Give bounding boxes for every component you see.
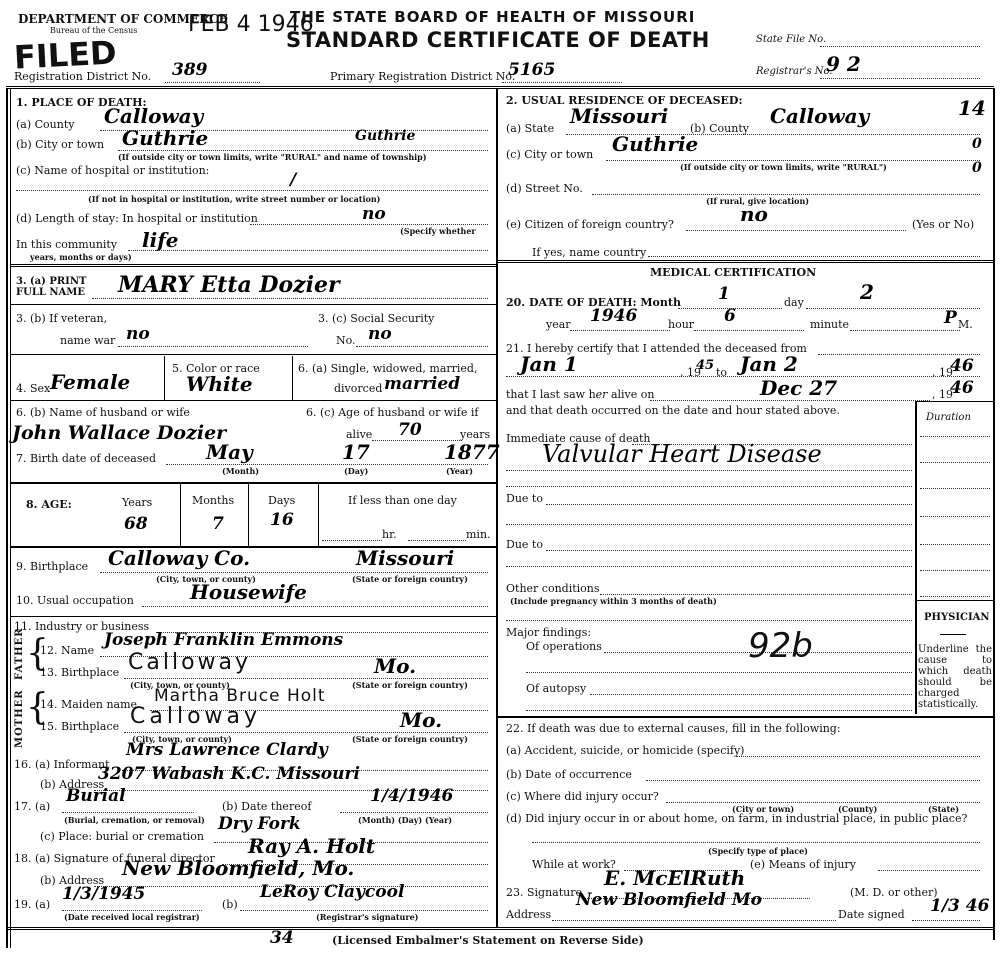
informant-value[interactable]: Mrs Lawrence Clardy — [126, 740, 328, 760]
occupation-label: 10. Usual occupation — [16, 594, 134, 607]
community-note: years, months or days) — [30, 252, 132, 262]
state-file-label: State File No. — [756, 34, 826, 45]
community-value[interactable]: life — [142, 228, 179, 252]
injury-place-label: (c) Where did injury occur? — [506, 790, 659, 803]
age-months-value[interactable]: 7 — [212, 514, 224, 534]
residence-county-value[interactable]: Calloway — [770, 104, 869, 128]
mother-maiden-value[interactable]: Martha Bruce Holt — [154, 686, 326, 706]
attended-to-date[interactable]: Jan 2 — [740, 352, 798, 376]
means-of-injury-label: (e) Means of injury — [750, 858, 856, 871]
embalmer-statement-note: (Licensed Embalmer's Statement on Revers… — [332, 934, 644, 947]
birth-month-value[interactable]: May — [206, 440, 253, 464]
community-label: In this community — [16, 238, 117, 251]
age-years-value[interactable]: 68 — [124, 514, 148, 534]
date-received-value[interactable]: 1/3/1945 — [62, 884, 145, 904]
last-saw-label: that I last saw her alive on — [506, 388, 654, 401]
injury-location-type-label: (d) Did injury occur in or about home, o… — [506, 812, 967, 825]
informant-address-value[interactable]: 3207 Wabash K.C. Missouri — [98, 764, 360, 784]
board-name: THE STATE BOARD OF HEALTH OF MISSOURI — [290, 8, 695, 26]
operations-label: Of operations — [526, 640, 602, 653]
full-name-label: 3. (a) PRINT FULL NAME — [16, 276, 86, 298]
spouse-name-value[interactable]: John Wallace Dozier — [12, 422, 226, 444]
primary-district-value[interactable]: 5165 — [508, 60, 555, 80]
residence-margin-code: 14 — [958, 96, 986, 120]
social-security-value[interactable]: no — [368, 324, 392, 344]
age-days-value[interactable]: 16 — [270, 510, 294, 530]
death-city-margin-note: Guthrie — [355, 128, 415, 144]
war-label: name war — [60, 334, 115, 347]
father-side-label: FATHER — [14, 627, 25, 680]
ss-no-label: No. — [336, 334, 356, 347]
due-to-2-label: Due to — [506, 538, 543, 551]
birth-year-note: (Year) — [446, 466, 473, 476]
informant-label: 16. (a) Informant — [14, 758, 110, 771]
death-month-value[interactable]: 1 — [718, 284, 730, 304]
mother-birthplace-state[interactable]: Mo. — [400, 708, 442, 732]
veteran-value[interactable]: no — [126, 324, 150, 344]
residence-street-label: (d) Street No. — [506, 182, 583, 195]
date-signed-value[interactable]: 1/3 46 — [930, 896, 989, 916]
physician-label: PHYSICIAN — [924, 612, 990, 623]
last-saw-year[interactable]: 46 — [950, 378, 974, 398]
attended-from-date[interactable]: Jan 1 — [520, 352, 578, 376]
mother-birthplace-city[interactable]: Calloway — [130, 704, 261, 729]
registrar-b-label: (b) — [222, 898, 238, 911]
death-county-label: (a) County — [16, 118, 74, 131]
hr-label: hr. — [382, 528, 397, 541]
father-birthplace-label: 13. Birthplace — [40, 666, 119, 679]
residence-city-note: (If outside city or town limits, write "… — [680, 162, 887, 172]
burial-date-value[interactable]: 1/4/1946 — [370, 786, 453, 806]
footer-number: 34 — [270, 928, 294, 948]
death-day-label: day — [784, 296, 804, 309]
birthplace-city-value[interactable]: Calloway Co. — [108, 546, 250, 570]
death-county-value[interactable]: Calloway — [104, 104, 203, 128]
to-label: to — [716, 366, 727, 379]
stay-specify-note: (Specify whether — [400, 226, 476, 236]
birthplace-label: 9. Birthplace — [16, 560, 88, 573]
place-type-note: (Specify type of place) — [708, 846, 808, 856]
death-minute-value[interactable]: P — [944, 308, 957, 328]
residence-city-label: (c) City or town — [506, 148, 593, 161]
residence-city-value[interactable]: Guthrie — [612, 132, 698, 156]
registration-district-value[interactable]: 389 — [172, 60, 208, 80]
birth-year-value[interactable]: 1877 — [444, 440, 500, 464]
center-divider — [496, 88, 498, 928]
footer-rule — [6, 927, 994, 930]
registrar-signature[interactable]: LeRoy Claycool — [260, 882, 404, 902]
age-months-label: Months — [192, 494, 234, 507]
other-conditions-label: Other conditions — [506, 582, 600, 595]
birthplace-state-note: (State or foreign country) — [352, 574, 468, 584]
age-label: 8. AGE: — [26, 498, 72, 511]
sex-value[interactable]: Female — [50, 370, 130, 394]
father-birthplace-city[interactable]: Calloway — [128, 650, 251, 675]
full-name-value[interactable]: MARY Etta Dozier — [118, 272, 340, 298]
burial-date-label: (b) Date thereof — [222, 800, 311, 813]
citizen-label: (e) Citizen of foreign country? — [506, 218, 674, 231]
hospital-note: (If not in hospital or institution, writ… — [88, 194, 380, 204]
mother-birthplace-label: 15. Birthplace — [40, 720, 119, 733]
burial-type-value[interactable]: Burial — [66, 786, 126, 806]
mother-state-note: (State or foreign country) — [352, 734, 468, 744]
duration-header: Duration — [926, 412, 971, 423]
citizen-note: (Yes or No) — [912, 218, 974, 231]
death-city-note: (If outside city or town limits, write "… — [118, 152, 427, 162]
funeral-director-signature[interactable]: Ray A. Holt — [248, 834, 375, 858]
registrar-a-label: 19. (a) — [14, 898, 50, 911]
registrar-no-label: Registrar's No. — [756, 66, 833, 77]
attended-from-year[interactable]: 45 — [696, 358, 714, 373]
birth-day-value[interactable]: 17 — [342, 440, 370, 464]
hospital-label: (c) Name of hospital or institution: — [16, 164, 209, 177]
due-to-1-label: Due to — [506, 492, 543, 505]
death-occurred-statement: and that death occurred on the date and … — [506, 404, 840, 417]
occupation-value[interactable]: Housewife — [190, 580, 307, 604]
hospital-value[interactable]: / — [290, 170, 296, 190]
stay-hospital-value[interactable]: no — [362, 204, 386, 224]
major-findings-label: Major findings: — [506, 626, 591, 639]
last-saw-pronoun[interactable]: er — [596, 388, 608, 401]
physician-signature-label: 23. Signature — [506, 886, 582, 899]
residence-state-value[interactable]: Missouri — [570, 104, 668, 128]
marital-status-value[interactable]: married — [384, 374, 460, 394]
registrar-no-value[interactable]: 9 2 — [826, 52, 861, 76]
citizen-value[interactable]: no — [740, 202, 768, 226]
burial-place-label: (c) Place: burial or cremation — [40, 830, 204, 843]
color-race-value[interactable]: White — [186, 372, 253, 396]
min-label: min. — [466, 528, 491, 541]
date-signed-label: Date signed — [838, 908, 905, 921]
stay-label: (d) Length of stay: In hospital or insti… — [16, 212, 258, 225]
date-received-note: (Date received local registrar) — [64, 912, 200, 922]
accident-label: (a) Accident, suicide, or homicide (spec… — [506, 744, 744, 757]
father-state-note: (State or foreign country) — [352, 680, 468, 690]
birth-day-note: (Day) — [344, 466, 368, 476]
residence-state-label: (a) State — [506, 122, 554, 135]
death-city-value[interactable]: Guthrie — [122, 126, 208, 150]
cause-code-annotation: 92b — [748, 626, 813, 666]
occurrence-date-label: (b) Date of occurrence — [506, 768, 632, 781]
residence-county-label: (b) County — [690, 122, 749, 135]
birth-month-note: (Month) — [222, 466, 259, 476]
residence-margin-zero-1: 0 — [972, 136, 982, 152]
physician-signature-value[interactable]: E. McElRuth — [604, 866, 745, 890]
death-day-value[interactable]: 2 — [860, 280, 874, 304]
death-year-label: year — [546, 318, 571, 331]
death-hour-label: hour — [668, 318, 694, 331]
country-label: If yes, name country — [532, 246, 646, 259]
spouse-age-value[interactable]: 70 — [398, 420, 422, 440]
mother-maiden-label: 14. Maiden name — [40, 698, 137, 711]
divorced-label: divorced — [334, 382, 382, 395]
less-than-day-label: If less than one day — [348, 494, 457, 507]
father-name-label: 12. Name — [40, 644, 94, 657]
burial-place-value[interactable]: Dry Fork — [218, 814, 301, 834]
age-years-label: Years — [122, 496, 152, 509]
residence-margin-zero-2: 0 — [972, 160, 982, 176]
medical-certification-heading: MEDICAL CERTIFICATION — [650, 266, 816, 279]
spouse-name-label: 6. (b) Name of husband or wife — [16, 406, 190, 419]
attended-to-year[interactable]: 46 — [950, 356, 974, 376]
death-city-label: (b) City or town — [16, 138, 104, 151]
md-or-other-label: (M. D. or other) — [850, 886, 938, 899]
burial-date-note: (Month) (Day) (Year) — [358, 815, 452, 825]
outer-right-border — [993, 88, 995, 940]
death-hour-value[interactable]: 6 — [724, 306, 736, 326]
death-m-label: M. — [958, 318, 973, 331]
other-conditions-note: (Include pregnancy within 3 months of de… — [510, 596, 717, 606]
funeral-address-value[interactable]: New Bloomfield, Mo. — [122, 856, 354, 880]
outer-left-border — [6, 88, 8, 948]
underline-cause-note: Underline the cause to which death shoul… — [918, 644, 992, 710]
spouse-age-label: 6. (c) Age of husband or wife if — [306, 406, 478, 419]
registration-district-label: Registration District No. — [14, 70, 151, 83]
death-year-value[interactable]: 1946 — [590, 306, 637, 326]
external-causes-heading: 22. If death was due to external causes,… — [506, 722, 841, 735]
father-birthplace-state[interactable]: Mo. — [374, 654, 416, 678]
physician-address-value[interactable]: New Bloomfield Mo — [576, 890, 762, 910]
death-minute-label: minute — [810, 318, 849, 331]
registrar-signature-note: (Registrar's signature) — [316, 912, 418, 922]
age-days-label: Days — [268, 494, 295, 507]
primary-district-label: Primary Registration District No. — [330, 70, 515, 83]
mother-side-label: MOTHER — [14, 689, 25, 748]
burial-type-note: (Burial, cremation, or removal) — [64, 815, 205, 825]
outer-left-border-inner — [10, 88, 11, 948]
certificate-title: STANDARD CERTIFICATE OF DEATH — [286, 28, 710, 52]
header-rule — [6, 86, 994, 89]
veteran-label: 3. (b) If veteran, — [16, 312, 107, 325]
birthplace-state-value[interactable]: Missouri — [356, 546, 454, 570]
physician-address-label: Address — [506, 908, 551, 921]
autopsy-label: Of autopsy — [526, 682, 586, 695]
father-name-value[interactable]: Joseph Franklin Emmons — [104, 630, 343, 650]
burial-label: 17. (a) — [14, 800, 50, 813]
sex-label: 4. Sex — [16, 382, 50, 395]
immediate-cause-value[interactable]: Valvular Heart Disease — [542, 440, 822, 468]
birth-date-label: 7. Birth date of deceased — [16, 452, 156, 465]
last-saw-date[interactable]: Dec 27 — [760, 376, 837, 400]
